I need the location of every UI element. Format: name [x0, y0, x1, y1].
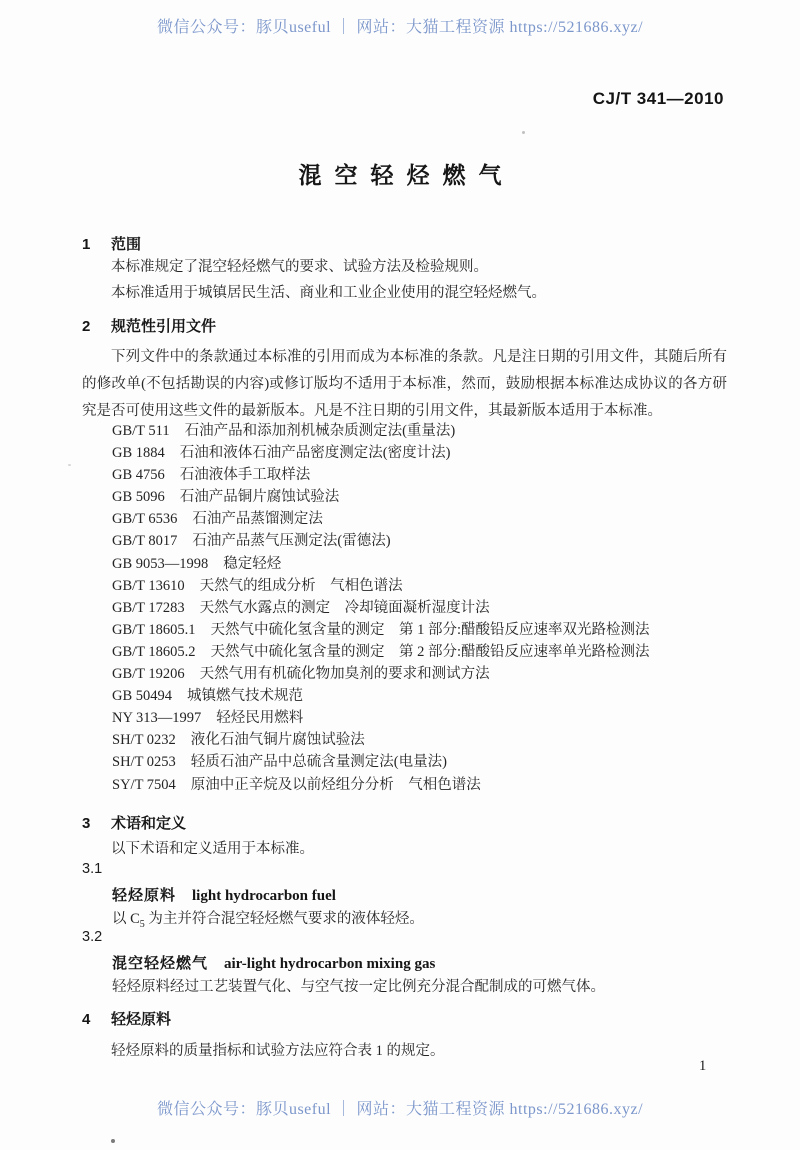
- reference-code: SY/T 7504: [112, 777, 176, 793]
- watermark-bottom: 微信公众号：豚贝useful ｜ 网站：大猫工程资源 https://52168…: [0, 1096, 800, 1119]
- reference-item: GB/T 18605.2天然气中硫化氢含量的测定 第 2 部分:醋酸铅反应速率单…: [112, 641, 752, 663]
- reference-title: 城镇燃气技术规范: [187, 688, 303, 704]
- section-3-number: 3: [82, 815, 111, 832]
- section-3-heading: 3术语和定义: [82, 812, 186, 833]
- reference-title: 石油产品蒸馏测定法: [192, 511, 323, 527]
- reference-title: 天然气中硫化氢含量的测定 第 2 部分:醋酸铅反应速率单光路检测法: [211, 644, 650, 660]
- term-zh: 轻烃原料: [112, 887, 176, 904]
- reference-code: GB/T 17283: [112, 600, 185, 616]
- section-2-number: 2: [82, 318, 111, 335]
- paragraph: 本标准适用于城镇居民生活、商业和工业企业使用的混空轻烃燃气。: [82, 280, 728, 306]
- standard-code: CJ/T 341—2010: [593, 89, 724, 109]
- definition-text: 为主并符合混空轻烃燃气要求的液体轻烃。: [145, 911, 424, 927]
- reference-item: GB/T 511石油产品和添加剂机械杂质测定法(重量法): [112, 420, 752, 442]
- document-page: 微信公众号：豚贝useful ｜ 网站：大猫工程资源 https://52168…: [0, 0, 800, 1150]
- section-3-intro: 以下术语和定义适用于本标准。: [82, 837, 314, 858]
- reference-title: 轻烃民用燃料: [216, 710, 303, 726]
- section-4-title: 轻烃原料: [111, 1011, 171, 1028]
- section-4-paragraph: 轻烃原料的质量指标和试验方法应符合表 1 的规定。: [82, 1039, 445, 1060]
- reference-code: GB 4756: [112, 467, 165, 483]
- definition-text: 以 C: [112, 911, 140, 927]
- reference-title: 轻质石油产品中总硫含量测定法(电量法): [191, 754, 447, 770]
- section-4-heading: 4轻烃原料: [82, 1008, 171, 1029]
- document-title: 混空轻烃燃气: [0, 157, 800, 190]
- reference-code: SH/T 0232: [112, 732, 176, 748]
- reference-item: GB/T 8017石油产品蒸气压测定法(雷德法): [112, 530, 752, 552]
- reference-item: GB/T 6536石油产品蒸馏测定法: [112, 508, 752, 530]
- reference-code: GB/T 8017: [112, 533, 177, 549]
- term-3-2-definition: 轻烃原料经过工艺装置气化、与空气按一定比例充分混合配制成的可燃气体。: [112, 975, 605, 996]
- reference-code: SH/T 0253: [112, 754, 176, 770]
- clause-number-3-1: 3.1: [82, 861, 102, 877]
- reference-item: SH/T 0253轻质石油产品中总硫含量测定法(电量法): [112, 751, 752, 773]
- reference-title: 稳定轻烃: [223, 556, 281, 572]
- reference-title: 天然气的组成分析 气相色谱法: [200, 578, 403, 594]
- section-1-heading: 1范围: [82, 233, 141, 254]
- reference-item: GB/T 13610天然气的组成分析 气相色谱法: [112, 575, 752, 597]
- reference-code: GB/T 18605.2: [112, 644, 196, 660]
- reference-title: 石油和液体石油产品密度测定法(密度计法): [180, 445, 451, 461]
- term-3-1: 轻烃原料light hydrocarbon fuel: [112, 884, 336, 905]
- term-3-1-definition: 以 C5 为主并符合混空轻烃燃气要求的液体轻烃。: [112, 907, 424, 930]
- reference-title: 石油液体手工取样法: [180, 467, 311, 483]
- reference-code: GB 9053—1998: [112, 556, 208, 572]
- reference-code: GB 50494: [112, 688, 172, 704]
- reference-title: 天然气中硫化氢含量的测定 第 1 部分:醋酸铅反应速率双光路检测法: [211, 622, 650, 638]
- reference-code: GB/T 18605.1: [112, 622, 196, 638]
- reference-title: 原油中正辛烷及以前烃组分分析 气相色谱法: [191, 777, 481, 793]
- paragraph: 本标准规定了混空轻烃燃气的要求、试验方法及检验规则。: [82, 254, 728, 280]
- section-4-number: 4: [82, 1011, 111, 1028]
- term-en: light hydrocarbon fuel: [192, 888, 336, 904]
- reference-title: 天然气水露点的测定 冷却镜面凝析湿度计法: [200, 600, 490, 616]
- section-1-number: 1: [82, 236, 111, 253]
- term-en: air-light hydrocarbon mixing gas: [224, 956, 435, 972]
- page-number: 1: [699, 1058, 706, 1075]
- reference-code: GB 1884: [112, 445, 165, 461]
- clause-number-3-2: 3.2: [82, 929, 102, 945]
- section-2-heading: 2规范性引用文件: [82, 315, 216, 336]
- reference-title: 石油产品铜片腐蚀试验法: [180, 489, 340, 505]
- reference-item: GB/T 17283天然气水露点的测定 冷却镜面凝析湿度计法: [112, 597, 752, 619]
- reference-item: GB 5096石油产品铜片腐蚀试验法: [112, 486, 752, 508]
- term-3-2: 混空轻烃燃气air-light hydrocarbon mixing gas: [112, 952, 435, 973]
- scan-artifact: [522, 131, 525, 134]
- section-3-title: 术语和定义: [111, 815, 186, 832]
- reference-item: NY 313—1997轻烃民用燃料: [112, 707, 752, 729]
- reference-code: NY 313—1997: [112, 710, 201, 726]
- section-2-title: 规范性引用文件: [111, 318, 216, 335]
- reference-item: GB/T 19206天然气用有机硫化物加臭剂的要求和测试方法: [112, 663, 752, 685]
- reference-code: GB/T 511: [112, 423, 170, 439]
- reference-code: GB/T 6536: [112, 511, 177, 527]
- reference-code: GB/T 13610: [112, 578, 185, 594]
- section-1-body: 本标准规定了混空轻烃燃气的要求、试验方法及检验规则。 本标准适用于城镇居民生活、…: [82, 254, 728, 306]
- normative-references-list: GB/T 511石油产品和添加剂机械杂质测定法(重量法) GB 1884石油和液…: [112, 420, 752, 796]
- reference-item: GB 4756石油液体手工取样法: [112, 464, 752, 486]
- reference-item: GB 9053—1998稳定轻烃: [112, 553, 752, 575]
- reference-title: 液化石油气铜片腐蚀试验法: [191, 732, 365, 748]
- watermark-top: 微信公众号：豚贝useful ｜ 网站：大猫工程资源 https://52168…: [0, 14, 800, 37]
- reference-code: GB/T 19206: [112, 666, 185, 682]
- reference-item: GB/T 18605.1天然气中硫化氢含量的测定 第 1 部分:醋酸铅反应速率双…: [112, 619, 752, 641]
- section-1-title: 范围: [111, 236, 141, 253]
- reference-item: GB 50494城镇燃气技术规范: [112, 685, 752, 707]
- reference-title: 石油产品和添加剂机械杂质测定法(重量法): [185, 423, 456, 439]
- reference-item: GB 1884石油和液体石油产品密度测定法(密度计法): [112, 442, 752, 464]
- term-zh: 混空轻烃燃气: [112, 955, 208, 972]
- scan-artifact: [111, 1139, 115, 1143]
- reference-code: GB 5096: [112, 489, 165, 505]
- reference-item: SH/T 0232液化石油气铜片腐蚀试验法: [112, 729, 752, 751]
- reference-title: 石油产品蒸气压测定法(雷德法): [192, 533, 390, 549]
- reference-title: 天然气用有机硫化物加臭剂的要求和测试方法: [200, 666, 490, 682]
- section-2-intro-paragraph: 下列文件中的条款通过本标准的引用而成为本标准的条款。凡是注日期的引用文件，其随后…: [82, 344, 727, 425]
- scan-artifact: [68, 464, 71, 466]
- reference-item: SY/T 7504原油中正辛烷及以前烃组分分析 气相色谱法: [112, 774, 752, 796]
